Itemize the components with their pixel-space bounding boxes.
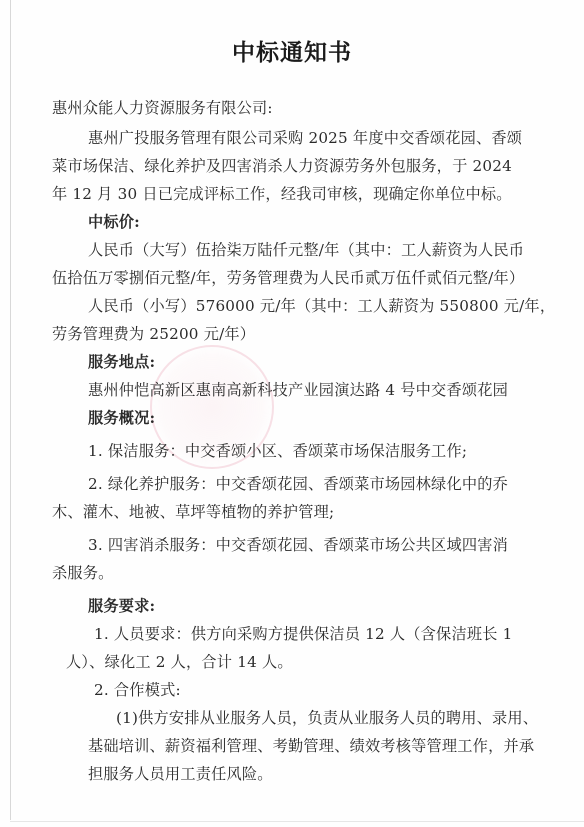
page-left-edge	[10, 0, 11, 820]
recipient: 惠州众能人力资源服务有限公司:	[52, 98, 273, 118]
cooperation-line-3: 担服务人员用工责任风险。	[88, 764, 273, 784]
overview-item-2-line-2: 木、灌木、地被、草坪等植物的养护管理;	[52, 502, 334, 522]
document-title: 中标通知书	[0, 34, 584, 67]
bid-price-uppercase-line-1: 人民币（大写）伍拾柒万陆仟元整/年（其中：工人薪资为人民币	[88, 240, 524, 260]
overview-item-3-line-2: 杀服务。	[52, 563, 114, 583]
service-location-address: 惠州仲恺高新区惠南高新科技产业园演达路 4 号中交香颂花园	[88, 380, 508, 400]
intro-line-2: 菜市场保洁、绿化养护及四害消杀人力资源劳务外包服务，于 2024	[52, 156, 512, 176]
intro-line-1: 惠州广投服务管理有限公司采购 2025 年度中交香颂花园、香颂	[88, 128, 522, 148]
overview-item-2-line-1: 2. 绿化养护服务：中交香颂花园、香颂菜市场园林绿化中的乔	[88, 474, 508, 494]
cooperation-line-2: 基础培训、薪资福利管理、考勤管理、绩效考核等管理工作，并承	[88, 736, 534, 756]
bid-price-uppercase-line-2: 伍拾伍万零捌佰元整/年，劳务管理费为人民币贰万伍仟贰佰元整/年）	[52, 268, 524, 288]
page-bottom-edge	[10, 821, 584, 822]
cooperation-line-1: (1)供方安排从业服务人员，负责从业服务人员的聘用、录用、	[116, 708, 538, 728]
document-page: 中标通知书 惠州众能人力资源服务有限公司: 惠州广投服务管理有限公司采购 202…	[0, 0, 584, 827]
service-overview-heading: 服务概况:	[88, 408, 155, 428]
staffing-line-1: 1. 人员要求：供方向采购方提供保洁员 12 人（含保洁班长 1	[94, 624, 513, 644]
service-location-heading: 服务地点:	[88, 352, 155, 372]
overview-item-1: 1. 保洁服务：中交香颂小区、香颂菜市场保洁服务工作;	[88, 441, 467, 461]
bid-price-heading: 中标价:	[88, 212, 140, 232]
staffing-line-2: 人）、绿化工 2 人，合计 14 人。	[66, 652, 293, 672]
service-requirements-heading: 服务要求:	[88, 596, 155, 616]
bid-price-lowercase-line-1: 人民币（小写）576000 元/年（其中：工人薪资为 550800 元/年，	[88, 296, 555, 316]
intro-line-3: 年 12 月 30 日已完成评标工作，经我司审核，现确定你单位中标。	[52, 184, 512, 204]
cooperation-heading: 2. 合作模式:	[94, 680, 181, 700]
overview-item-3-line-1: 3. 四害消杀服务：中交香颂花园、香颂菜市场公共区域四害消	[88, 535, 508, 555]
bid-price-lowercase-line-2: 劳务管理费为 25200 元/年）	[52, 324, 255, 344]
